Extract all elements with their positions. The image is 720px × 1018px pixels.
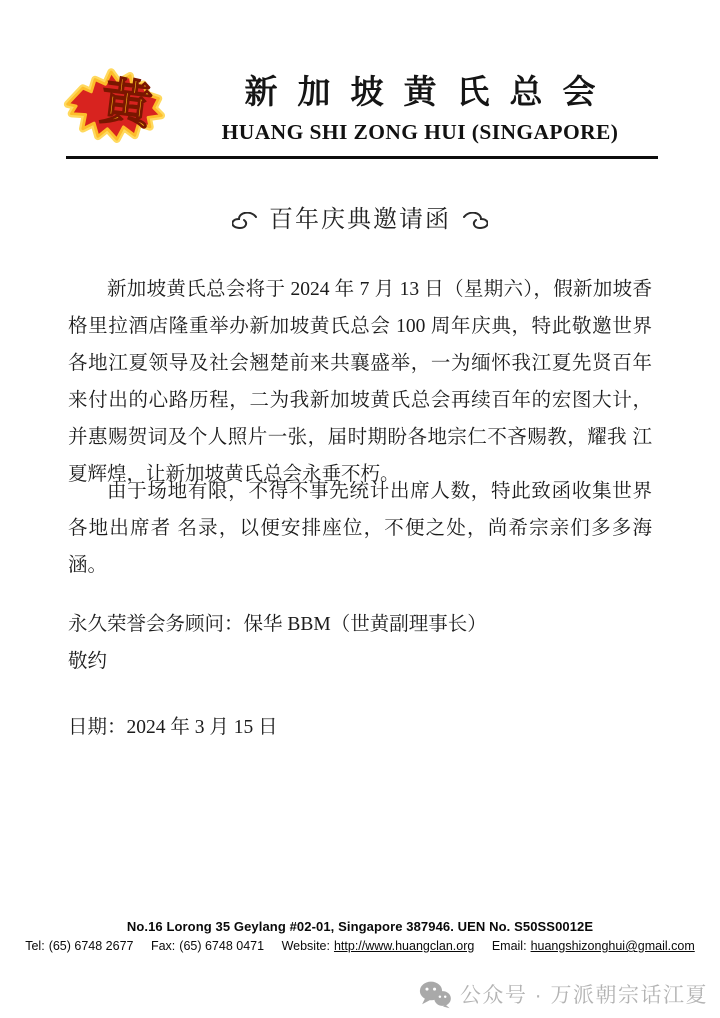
paragraph-2-text: 由于场地有限，不得不事先统计出席人数，特此致函收集世界各地出席者 名录，以便安排… <box>68 473 652 584</box>
tel-label: Tel: <box>25 939 44 953</box>
closing-line: 敬约 <box>68 643 652 680</box>
tel-group: Tel:(65) 6748 2677 <box>25 939 133 953</box>
singapore-island-icon: 黄 <box>62 54 166 160</box>
footer-contacts: Tel:(65) 6748 2677 Fax:(65) 6748 0471 We… <box>0 939 720 953</box>
org-name-block: 新加坡黄氏总会 HUANG SHI ZONG HUI (SINGAPORE) <box>212 66 628 145</box>
website-group: Website:http://www.huangclan.org <box>282 939 475 953</box>
org-name-chinese: 新加坡黄氏总会 <box>212 66 628 113</box>
signature-block: 永久荣誉会务顾问：保华 BBM（世黄副理事长） 敬约 <box>68 606 652 680</box>
fax-label: Fax: <box>151 939 175 953</box>
fax-group: Fax:(65) 6748 0471 <box>151 939 264 953</box>
huang-character: 黄 <box>97 73 157 136</box>
floral-ornament-left-icon <box>232 210 258 237</box>
date-line: 日期：2024 年 3 月 15 日 <box>68 709 652 746</box>
fax-value: (65) 6748 0471 <box>179 939 264 953</box>
footer-address: No.16 Lorong 35 Geylang #02-01, Singapor… <box>0 919 720 934</box>
wechat-watermark: 公众号 · 万派朝宗话江夏 <box>419 979 708 1009</box>
watermark-text: 公众号 · 万派朝宗话江夏 <box>460 979 708 1009</box>
paragraph-1-text: 新加坡黄氏总会将于 2024 年 7 月 13 日（星期六），假新加坡香格里拉酒… <box>68 271 652 493</box>
email-link[interactable]: huangshizonghui@gmail.com <box>531 939 695 953</box>
paragraph-2: 由于场地有限，不得不事先统计出席人数，特此致函收集世界各地出席者 名录，以便安排… <box>68 473 652 584</box>
header-divider <box>66 156 658 159</box>
email-group: Email:huangshizonghui@gmail.com <box>492 939 695 953</box>
wechat-icon <box>419 980 451 1009</box>
letter-title-text: 百年庆典邀请函 <box>269 207 451 233</box>
advisor-line: 永久荣誉会务顾问：保华 BBM（世黄副理事长） <box>68 606 652 643</box>
letter-footer: No.16 Lorong 35 Geylang #02-01, Singapor… <box>0 919 720 953</box>
tel-value: (65) 6748 2677 <box>49 939 134 953</box>
huang-clan-logo: 黄 <box>62 54 166 160</box>
letter-title: 百年庆典邀请函 <box>0 199 720 237</box>
floral-ornament-right-icon <box>462 210 488 237</box>
website-label: Website: <box>282 939 330 953</box>
org-name-english: HUANG SHI ZONG HUI (SINGAPORE) <box>212 120 628 145</box>
paragraph-1: 新加坡黄氏总会将于 2024 年 7 月 13 日（星期六），假新加坡香格里拉酒… <box>68 271 652 493</box>
invitation-letter-page: 黄 新加坡黄氏总会 HUANG SHI ZONG HUI (SINGAPORE)… <box>0 0 720 1018</box>
email-label: Email: <box>492 939 527 953</box>
website-link[interactable]: http://www.huangclan.org <box>334 939 474 953</box>
